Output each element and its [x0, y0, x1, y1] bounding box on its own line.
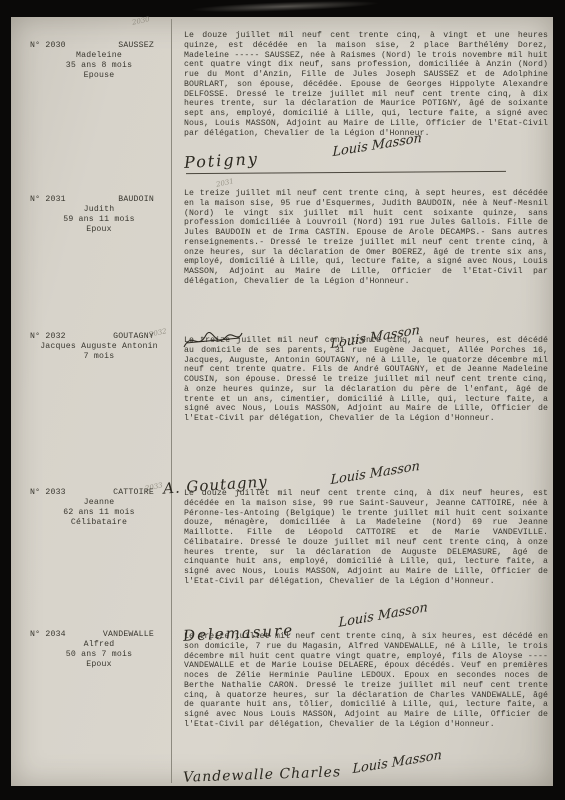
entry-given-names: Alfred: [30, 640, 168, 650]
entry-status: Célibataire: [30, 518, 168, 528]
entry-status: Epoux: [30, 225, 168, 235]
entry-age: 7 mois: [30, 352, 168, 362]
record-text: Le treize juillet mil neuf cent trente c…: [184, 336, 548, 424]
entry-given-names: Judith: [30, 205, 168, 215]
entry-age: 50 ans 7 mois: [30, 650, 168, 660]
entry-number: N° 2033: [30, 488, 66, 498]
record-text: Le treize juillet mil neuf cent trente c…: [184, 189, 548, 287]
scan-glare: [190, 0, 380, 14]
entry-surname: BAUDOIN: [118, 195, 154, 205]
entry-surname: GOUTAGNY: [113, 332, 154, 342]
margin-annotation: N° 2031 BAUDOIN Judith 59 ans 11 mois Ep…: [30, 195, 168, 235]
entry-age: 59 ans 11 mois: [30, 215, 168, 225]
record-text: Le douze juillet mil neuf cent trente ci…: [184, 489, 548, 587]
entry-number: N° 2031: [30, 195, 66, 205]
entry-number: N° 2030: [30, 41, 66, 51]
entry-given-names: Jeanne: [30, 498, 168, 508]
entry-surname: SAUSSEZ: [118, 41, 154, 51]
entry-number: N° 2032: [30, 332, 66, 342]
record-text: Le treize juillet mil neuf cent trente c…: [184, 632, 548, 730]
entry-given-names: Jacques Auguste Antonin: [30, 342, 168, 352]
declarant-signature: Potigny: [184, 149, 260, 172]
entry-number: N° 2034: [30, 630, 66, 640]
register-scan: 2030 2031 2032 2033 N° 2030 SAUSSEZ Made…: [0, 0, 565, 800]
margin-annotation: N° 2033 CATTOIRE Jeanne 62 ans 11 mois C…: [30, 488, 168, 528]
margin-annotation: N° 2030 SAUSSEZ Madeleine 35 ans 8 mois …: [30, 41, 168, 81]
entry-age: 62 ans 11 mois: [30, 508, 168, 518]
entry-age: 35 ans 8 mois: [30, 61, 168, 71]
entry-status: Epoux: [30, 660, 168, 670]
record-text: Le douze juillet mil neuf cent trente ci…: [184, 31, 548, 138]
entry-status: Epouse: [30, 71, 168, 81]
margin-rule: [171, 19, 172, 783]
entry-given-names: Madeleine: [30, 51, 168, 61]
entry-surname: VANDEWALLE: [103, 630, 154, 640]
margin-annotation: N° 2032 GOUTAGNY Jacques Auguste Antonin…: [30, 332, 168, 362]
margin-annotation: N° 2034 VANDEWALLE Alfred 50 ans 7 mois …: [30, 630, 168, 670]
entry-surname: CATTOIRE: [113, 488, 154, 498]
